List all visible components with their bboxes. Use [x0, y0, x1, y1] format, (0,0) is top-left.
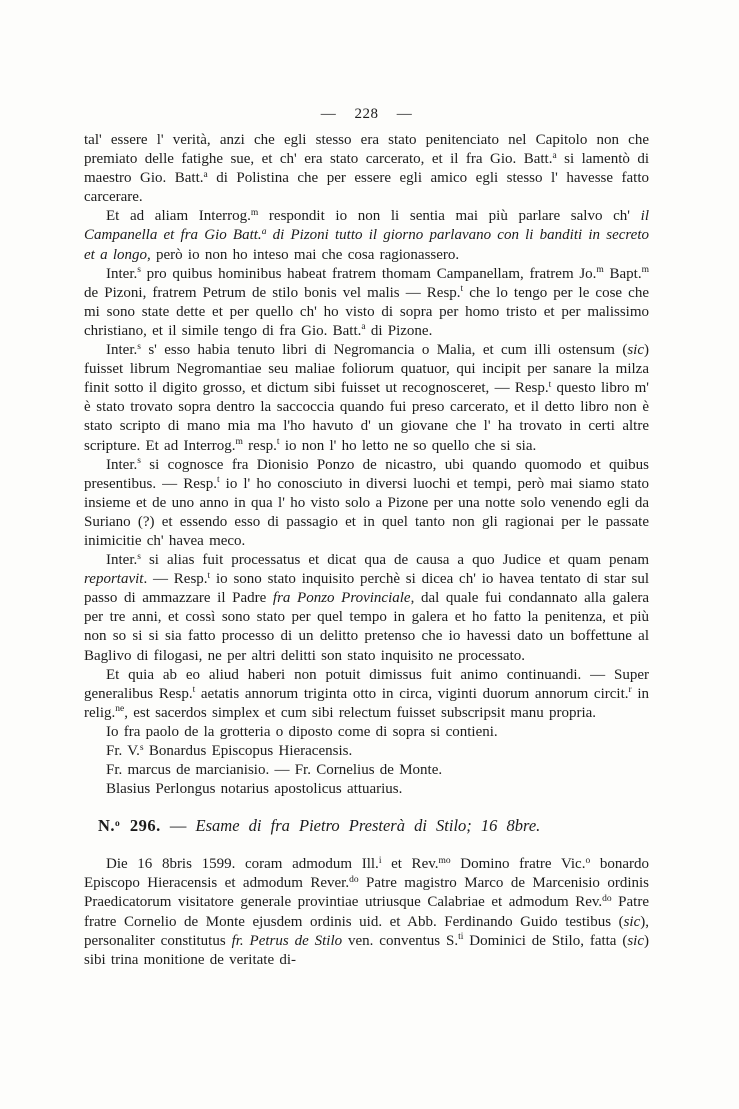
text-run: ven. conventus S. [342, 933, 458, 949]
text-run: Inter. [106, 457, 137, 473]
text-run: Inter. [106, 342, 137, 358]
text-run: Inter. [106, 266, 137, 282]
text-run: sic [627, 342, 644, 358]
text-run: a [361, 322, 365, 332]
text-run: Fr. marcus de marcianisio. — Fr. Corneli… [106, 762, 442, 778]
text-run: sic [624, 914, 641, 930]
paragraph-et-quia: Et quia ab eo aliud haberi non potuit di… [84, 666, 649, 723]
signature-marcus-cornelius: Fr. marcus de marcianisio. — Fr. Corneli… [84, 761, 649, 780]
paragraph-interrog-aliam: Et ad aliam Interrog.m respondit io non … [84, 207, 649, 264]
text-run: t [208, 571, 211, 581]
text-run: Io fra paolo de la grotteria o diposto c… [106, 724, 498, 740]
text-run: t [461, 284, 464, 294]
text-run: si alias fuit processatus et dicat qua d… [141, 552, 649, 568]
text-run: Esame di fra Pietro Presterà di Stilo; 1… [196, 816, 541, 835]
text-run: s [137, 265, 141, 275]
paragraph-continuation: tal' essere l' verità, anzi che egli ste… [84, 131, 649, 207]
paragraph-inter-processatus: Inter.s si alias fuit processatus et dic… [84, 551, 649, 666]
text-run: t [277, 437, 280, 447]
text-run: s' esso habia tenuto libri di Negromanci… [141, 342, 627, 358]
text-run: — [161, 816, 196, 835]
text-run: io non l' ho letto ne so quello che si s… [280, 438, 537, 454]
text-run: ne [115, 704, 124, 714]
page-number: — 228 — [84, 106, 649, 123]
text-run: Fr. V. [106, 743, 140, 759]
text-run: a [262, 227, 267, 237]
text-run: o [585, 856, 590, 866]
text-run: m [236, 437, 243, 447]
text-run: do [349, 875, 359, 885]
paragraph-io-fra-paolo: Io fra paolo de la grotteria o diposto c… [84, 723, 649, 742]
text-run: sic [627, 933, 644, 949]
text-run: Bonardus Episcopus Hieracensis. [144, 743, 353, 759]
section-heading: N.o 296. — Esame di fra Pietro Presterà … [84, 815, 649, 837]
text-run: de Pizoni, fratrem Petrum de stilo bonis… [84, 285, 461, 301]
text-run: r [628, 685, 631, 695]
text-run: mo [439, 856, 451, 866]
text-run: , però io non ho inteso mai che cosa rag… [147, 247, 459, 263]
paragraph-inter-pro-quibus: Inter.s pro quibus hominibus habeat frat… [84, 265, 649, 341]
text-run: , est sacerdos simplex et cum sibi relec… [124, 705, 596, 721]
text-run: s [140, 743, 144, 753]
text-run: Et ad aliam Interrog. [106, 208, 251, 224]
text-run: s [137, 456, 141, 466]
text-run: t [549, 380, 552, 390]
paragraph-inter-libri: Inter.s s' esso habia tenuto libri di Ne… [84, 341, 649, 456]
text-run: Domino fratre Vic. [451, 856, 586, 872]
text-run: Bapt. [604, 266, 642, 282]
text-run: m [642, 265, 649, 275]
text-run: s [137, 552, 141, 562]
text-run: . — Resp. [143, 571, 207, 587]
text-run: ti [458, 932, 463, 942]
text-run: N. [98, 816, 115, 835]
text-run: Dominici de Stilo, fatta ( [463, 933, 627, 949]
text-run: Die 16 8bris 1599. coram admodum Ill. [106, 856, 379, 872]
text-run: respondit io non li sentia mai più parla… [258, 208, 640, 224]
text-run: fra Ponzo Provinciale [273, 590, 411, 606]
text-run: di Pizone. [366, 323, 433, 339]
signature-bonardus: Fr. V.s Bonardus Episcopus Hieracensis. [84, 742, 649, 761]
book-page: — 228 — tal' essere l' verità, anzi che … [0, 0, 739, 1109]
text-run: a [552, 151, 556, 161]
text-run: resp. [243, 438, 277, 454]
text-run: do [602, 894, 612, 904]
paragraph-inter-dionisio: Inter.s si cognosce fra Dionisio Ponzo d… [84, 456, 649, 551]
paragraph-die-16-8bris: Die 16 8bris 1599. coram admodum Ill.i e… [84, 855, 649, 970]
text-run: et Rev. [381, 856, 438, 872]
signature-blasius: Blasius Perlongus notarius apostolicus a… [84, 780, 649, 799]
text-run: pro quibus hominibus habeat fratrem thom… [141, 266, 596, 282]
text-run: s [137, 342, 141, 352]
text-run: 296. [120, 816, 161, 835]
text-block: tal' essere l' verità, anzi che egli ste… [84, 131, 649, 970]
text-run: aetatis annorum triginta otto in circa, … [195, 686, 628, 702]
text-run: m [596, 265, 603, 275]
text-run: Inter. [106, 552, 137, 568]
text-run: t [217, 475, 220, 485]
text-run: t [193, 685, 196, 695]
text-run: reportavit [84, 571, 143, 587]
text-run: Blasius Perlongus notarius apostolicus a… [106, 781, 402, 797]
text-run: o [115, 819, 120, 829]
text-run: a [204, 170, 208, 180]
text-run: fr. Petrus de Stilo [232, 933, 343, 949]
text-run: m [251, 208, 258, 218]
